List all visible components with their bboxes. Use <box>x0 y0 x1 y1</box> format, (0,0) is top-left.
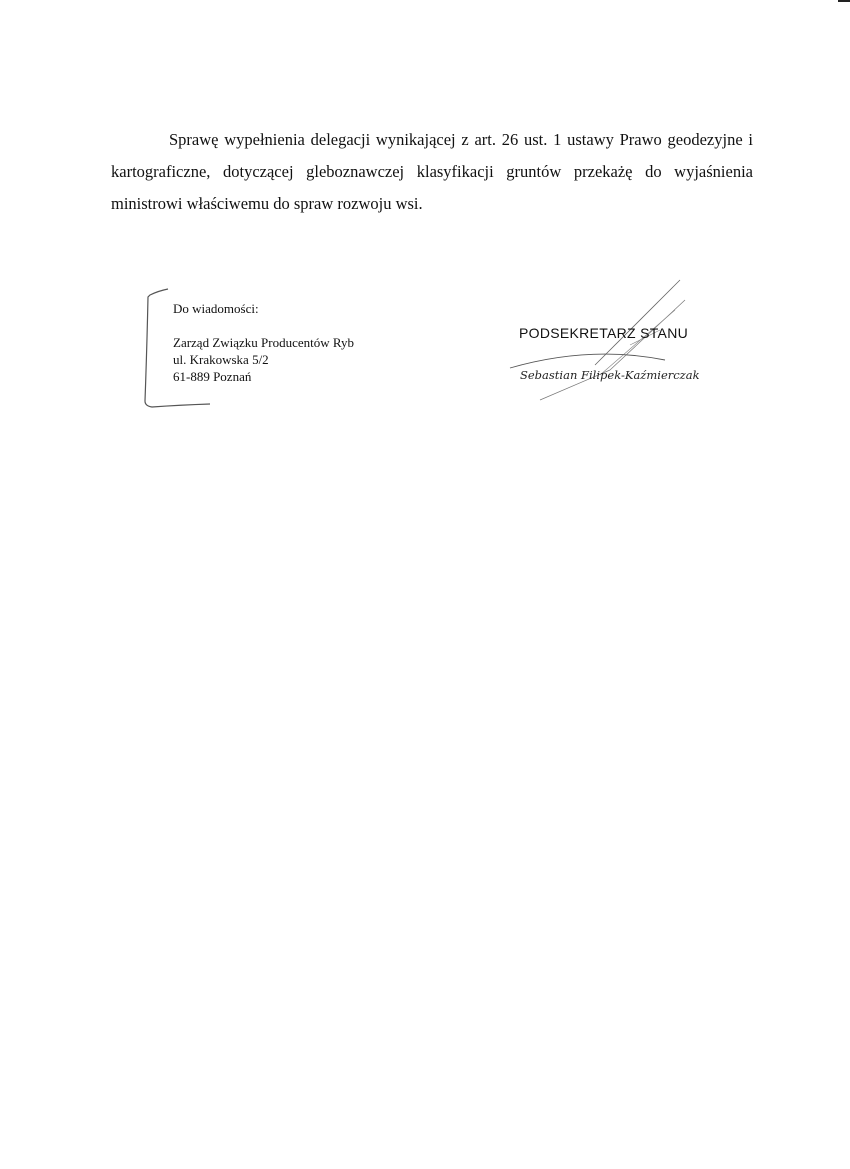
signatory-name: Sebastian Filipek-Kaźmierczak <box>520 368 700 382</box>
signatory-title: PODSEKRETARZ STANU <box>519 325 688 341</box>
cc-recipient-city: 61-889 Poznań <box>173 368 354 385</box>
scan-corner-mark <box>838 0 850 2</box>
cc-block: Do wiadomości: Zarząd Związku Producentó… <box>140 285 400 410</box>
document-page: Sprawę wypełnienia delegacji wynikającej… <box>0 0 850 1169</box>
signature-block: PODSEKRETARZ STANU Sebastian Filipek-Kaź… <box>500 275 720 405</box>
cc-label: Do wiadomości: <box>173 300 354 317</box>
cc-recipient-street: ul. Krakowska 5/2 <box>173 351 354 368</box>
cc-recipient-name: Zarząd Związku Producentów Ryb <box>173 334 354 351</box>
body-paragraph: Sprawę wypełnienia delegacji wynikającej… <box>111 124 753 220</box>
